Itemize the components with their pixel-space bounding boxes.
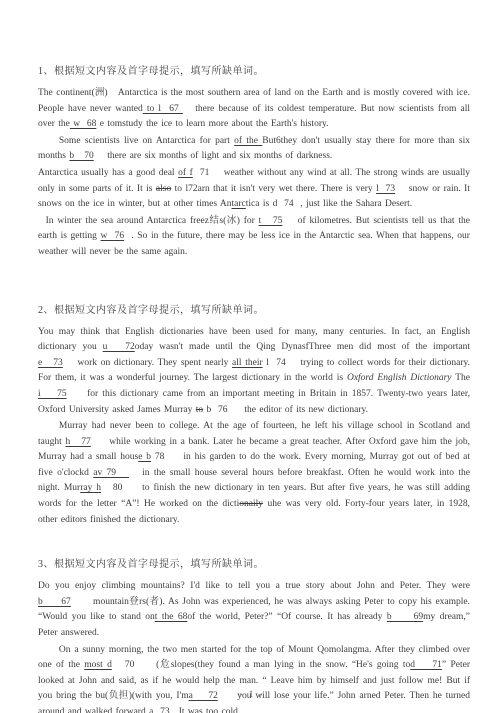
text-segment: Oxford English Dictionary bbox=[347, 373, 452, 383]
blank-underline: h 77 bbox=[65, 437, 90, 447]
paragraph: You may think that English dictionaries … bbox=[38, 325, 470, 419]
blank-underline: w 68 bbox=[70, 119, 97, 129]
blank-underline: e b bbox=[138, 452, 151, 462]
section-3-heading: 3、根据短文内容及首字母提示，填写所缺单词。 bbox=[38, 555, 470, 570]
paragraph: In winter the sea around Antarctica free… bbox=[38, 214, 470, 261]
text-segment: there are six months of light and six mo… bbox=[94, 151, 333, 161]
blank-underline: most d bbox=[84, 660, 112, 670]
blank-underline: u 72 bbox=[103, 342, 135, 352]
paragraph: Murray had never been to college. At the… bbox=[38, 419, 470, 528]
text-segment: Antarctica usually has a good deal bbox=[38, 168, 178, 178]
text-segment: of the world, Peter?” “Of course. It has… bbox=[187, 612, 387, 622]
section-2-heading: 2、根据短文内容及首字母提示，填写所缺单词。 bbox=[38, 301, 470, 316]
paragraph: The continent(洲) Antarctica is the most … bbox=[38, 86, 470, 133]
blank-underline: all their bbox=[232, 358, 263, 368]
text-segment: work on dictionary. They spent nearly bbox=[63, 358, 232, 368]
section-1: 1、根据短文内容及首字母提示，填写所缺单词。 The continent(洲) … bbox=[38, 62, 470, 261]
paragraph: Some scientists live on Antarctica for p… bbox=[38, 134, 470, 165]
text-segment: oday wasn't made until the Qing DynasfTh… bbox=[135, 342, 470, 352]
document-page: 1、根据短文内容及首字母提示，填写所缺单词。 The continent(洲) … bbox=[0, 0, 504, 713]
text-segment: In winter the sea around Antarctica free… bbox=[46, 216, 259, 226]
text-segment: Do you enjoy climbing mountains? I'd lik… bbox=[38, 581, 470, 591]
blank-underline: tarc bbox=[232, 199, 246, 209]
text-segment: e tomstudy the ice to learn more about t… bbox=[96, 119, 328, 129]
paragraph: On a sunny morning, the two men started … bbox=[38, 643, 470, 713]
blank-underline: ray h bbox=[80, 483, 101, 493]
blank-underline: of the bbox=[234, 136, 262, 146]
blank-underline: l 73 bbox=[376, 184, 395, 194]
section-2: 2、根据短文内容及首字母提示，填写所缺单词。 You may think tha… bbox=[38, 301, 470, 529]
section-1-heading: 1、根据短文内容及首字母提示，填写所缺单词。 bbox=[38, 62, 470, 77]
page-number: - 1 - bbox=[0, 689, 504, 699]
blank-underline: t 75 bbox=[259, 216, 283, 226]
text-segment: The bbox=[452, 373, 471, 383]
blank-underline: b 70 bbox=[69, 151, 93, 161]
blank-underline: b 69 bbox=[387, 612, 423, 622]
text-segment: Some scientists live on Antarctica for p… bbox=[59, 136, 234, 146]
blank-underline: e 73 bbox=[38, 358, 63, 368]
blank-underline: of f bbox=[178, 168, 193, 178]
blank-underline: i 75 bbox=[38, 389, 67, 399]
blank-underline: ard a bbox=[134, 707, 154, 713]
text-segment: b 76 the editor of its new dictionary. bbox=[203, 405, 368, 415]
blank-underline: av 79 bbox=[93, 468, 129, 478]
text-segment: 73 . It was too cold. bbox=[153, 707, 240, 713]
blank-underline: to l 67 bbox=[143, 104, 183, 114]
blank-underline: t the 68 bbox=[155, 612, 188, 622]
text-segment: 70 (危slopes(they found a man lying in th… bbox=[112, 660, 410, 670]
text-segment: onaily bbox=[239, 499, 263, 509]
text-segment: to l72arn that it isn't very wet there. … bbox=[171, 184, 376, 194]
blank-underline: b 67 bbox=[38, 597, 71, 607]
text-segment: tica is d 74 , just like the Sahara Dese… bbox=[246, 199, 412, 209]
paragraph: Antarctica usually has a good deal of f … bbox=[38, 166, 470, 213]
text-segment: also bbox=[156, 184, 171, 194]
blank-underline: d 71 bbox=[410, 660, 442, 670]
paragraph: Do you enjoy climbing mountains? I'd lik… bbox=[38, 579, 470, 641]
blank-underline: w 76 bbox=[101, 231, 125, 241]
